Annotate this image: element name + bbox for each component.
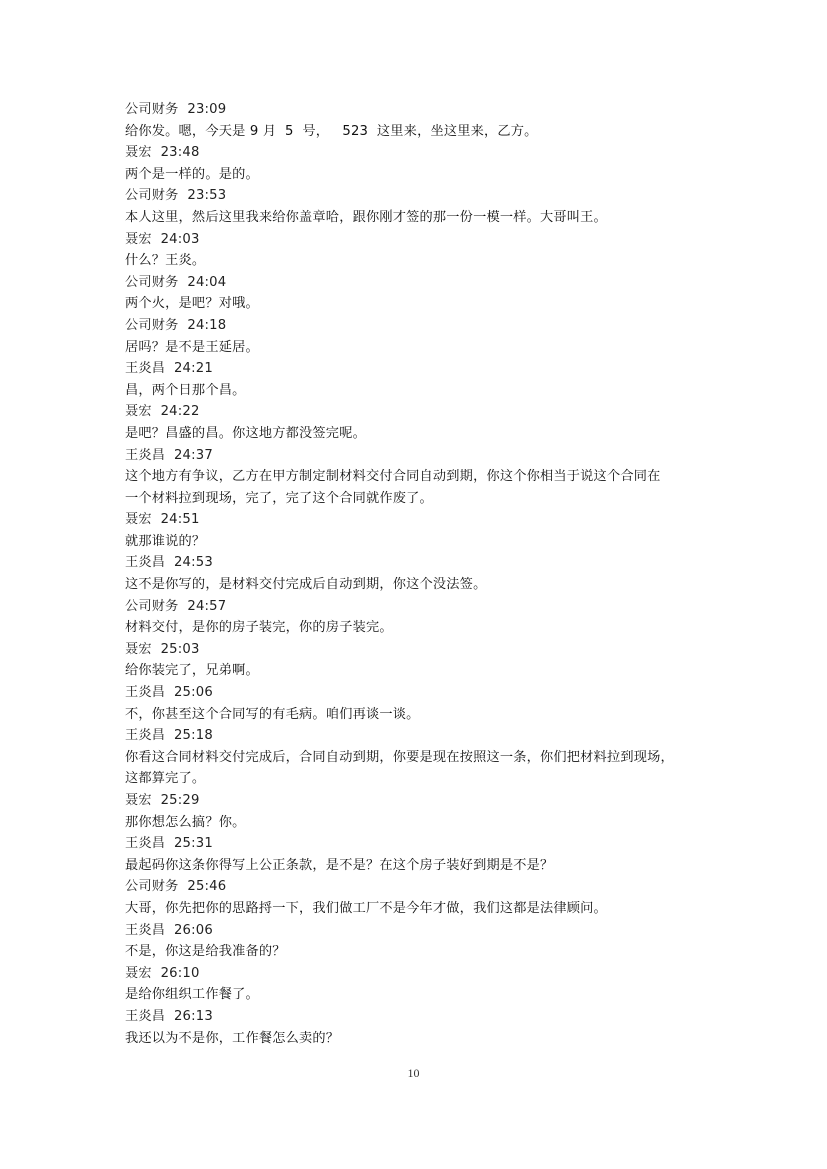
utterance-text: 就那谁说的？ [125, 531, 715, 553]
timestamp: 25:18 [174, 728, 213, 743]
speaker-name: 公司财务 [125, 188, 179, 203]
transcript-entry: 聂宏 23:48两个是一样的。是的。 [125, 142, 715, 185]
transcript-entry: 王炎昌 24:21昌，两个日那个昌。 [125, 358, 715, 401]
utterance-text: 给你装完了，兄弟啊。 [125, 660, 715, 682]
speaker-line: 王炎昌 24:21 [125, 358, 715, 380]
speaker-line: 王炎昌 25:18 [125, 725, 715, 747]
utterance-text: 一个材料拉到现场，完了，完了这个合同就作废了。 [125, 488, 715, 510]
transcript-entry: 王炎昌 24:37这个地方有争议，乙方在甲方制定制材料交付合同自动到期，你这个你… [125, 445, 715, 510]
transcript-entry: 王炎昌 25:18你看这合同材料交付完成后，合同自动到期，你要是现在按照这一条，… [125, 725, 715, 790]
utterance-text: 本人这里，然后这里我来给你盖章哈，跟你刚才签的那一份一模一样。大哥叫王。 [125, 207, 715, 229]
utterance-text: 最起码你这条你得写上公正条款，是不是？在这个房子装好到期是不是？ [125, 855, 715, 877]
utterance-text: 材料交付，是你的房子装完，你的房子装完。 [125, 617, 715, 639]
transcript-entry: 公司财务 25:46大哥，你先把你的思路捋一下，我们做工厂不是今年才做，我们这都… [125, 876, 715, 919]
timestamp: 23:53 [187, 188, 226, 203]
utterance-text: 给你发。嗯，今天是 9 月 5 号， 523 这里来，坐这里来，乙方。 [125, 121, 715, 143]
timestamp: 23:09 [187, 102, 226, 117]
timestamp: 24:37 [174, 448, 213, 463]
utterance-text: 什么？王炎。 [125, 250, 715, 272]
utterance-text: 这个地方有争议，乙方在甲方制定制材料交付合同自动到期，你这个你相当于说这个合同在 [125, 466, 715, 488]
speaker-name: 聂宏 [125, 793, 152, 808]
timestamp: 24:22 [161, 404, 200, 419]
speaker-line: 聂宏 25:29 [125, 790, 715, 812]
speaker-name: 王炎昌 [125, 923, 165, 938]
transcript-entry: 王炎昌 24:53这不是你写的，是材料交付完成后自动到期，你这个没法签。 [125, 552, 715, 595]
utterance-text: 居吗？是不是王延居。 [125, 337, 715, 359]
utterance-text: 不是，你这是给我准备的？ [125, 941, 715, 963]
utterance-text: 昌，两个日那个昌。 [125, 380, 715, 402]
speaker-line: 聂宏 24:03 [125, 229, 715, 251]
speaker-name: 聂宏 [125, 512, 152, 527]
transcript-entry: 聂宏 24:03什么？王炎。 [125, 229, 715, 272]
speaker-name: 公司财务 [125, 102, 179, 117]
timestamp: 24:53 [174, 555, 213, 570]
timestamp: 24:57 [187, 599, 226, 614]
speaker-line: 公司财务 24:18 [125, 315, 715, 337]
speaker-name: 王炎昌 [125, 1009, 165, 1024]
transcript-body: 公司财务 23:09给你发。嗯，今天是 9 月 5 号， 523 这里来，坐这里… [125, 99, 715, 1049]
speaker-name: 聂宏 [125, 966, 152, 981]
speaker-name: 聂宏 [125, 232, 152, 247]
transcript-entry: 聂宏 24:51就那谁说的？ [125, 509, 715, 552]
timestamp: 26:13 [174, 1009, 213, 1024]
timestamp: 24:03 [161, 232, 200, 247]
transcript-entry: 公司财务 24:18居吗？是不是王延居。 [125, 315, 715, 358]
utterance-text: 大哥，你先把你的思路捋一下，我们做工厂不是今年才做，我们这都是法律顾问。 [125, 898, 715, 920]
utterance-text: 两个火，是吧？对哦。 [125, 293, 715, 315]
utterance-text: 我还以为不是你，工作餐怎么卖的？ [125, 1028, 715, 1050]
speaker-name: 公司财务 [125, 318, 179, 333]
speaker-line: 王炎昌 25:31 [125, 833, 715, 855]
speaker-name: 公司财务 [125, 879, 179, 894]
speaker-line: 王炎昌 26:06 [125, 920, 715, 942]
speaker-name: 王炎昌 [125, 836, 165, 851]
timestamp: 26:06 [174, 923, 213, 938]
utterance-text: 是给你组织工作餐了。 [125, 984, 715, 1006]
speaker-line: 公司财务 24:04 [125, 272, 715, 294]
speaker-name: 聂宏 [125, 404, 152, 419]
speaker-line: 王炎昌 25:06 [125, 682, 715, 704]
speaker-line: 公司财务 23:09 [125, 99, 715, 121]
speaker-line: 聂宏 23:48 [125, 142, 715, 164]
transcript-entry: 王炎昌 26:13我还以为不是你，工作餐怎么卖的？ [125, 1006, 715, 1049]
utterance-text: 是吧？昌盛的昌。你这地方都没签完呢。 [125, 423, 715, 445]
utterance-text: 你看这合同材料交付完成后，合同自动到期，你要是现在按照这一条，你们把材料拉到现场… [125, 747, 715, 769]
transcript-entry: 公司财务 24:57材料交付，是你的房子装完，你的房子装完。 [125, 596, 715, 639]
transcript-entry: 聂宏 25:03给你装完了，兄弟啊。 [125, 639, 715, 682]
speaker-line: 聂宏 26:10 [125, 963, 715, 985]
transcript-entry: 公司财务 24:04两个火，是吧？对哦。 [125, 272, 715, 315]
timestamp: 24:21 [174, 361, 213, 376]
transcript-entry: 王炎昌 26:06不是，你这是给我准备的？ [125, 920, 715, 963]
utterance-text: 两个是一样的。是的。 [125, 164, 715, 186]
speaker-name: 聂宏 [125, 642, 152, 657]
transcript-entry: 聂宏 26:10是给你组织工作餐了。 [125, 963, 715, 1006]
utterance-text: 这都算完了。 [125, 768, 715, 790]
speaker-line: 王炎昌 24:53 [125, 552, 715, 574]
speaker-name: 聂宏 [125, 145, 152, 160]
speaker-line: 公司财务 25:46 [125, 876, 715, 898]
speaker-name: 王炎昌 [125, 685, 165, 700]
speaker-line: 公司财务 24:57 [125, 596, 715, 618]
utterance-text: 不，你甚至这个合同写的有毛病。咱们再谈一谈。 [125, 704, 715, 726]
utterance-text: 那你想怎么搞？你。 [125, 812, 715, 834]
speaker-line: 聂宏 24:51 [125, 509, 715, 531]
timestamp: 25:03 [161, 642, 200, 657]
transcript-entry: 公司财务 23:09给你发。嗯，今天是 9 月 5 号， 523 这里来，坐这里… [125, 99, 715, 142]
transcript-entry: 王炎昌 25:31最起码你这条你得写上公正条款，是不是？在这个房子装好到期是不是… [125, 833, 715, 876]
timestamp: 25:31 [174, 836, 213, 851]
timestamp: 24:04 [187, 275, 226, 290]
timestamp: 26:10 [161, 966, 200, 981]
transcript-entry: 王炎昌 25:06不，你甚至这个合同写的有毛病。咱们再谈一谈。 [125, 682, 715, 725]
speaker-name: 王炎昌 [125, 448, 165, 463]
speaker-name: 公司财务 [125, 599, 179, 614]
speaker-line: 聂宏 24:22 [125, 401, 715, 423]
speaker-line: 公司财务 23:53 [125, 185, 715, 207]
timestamp: 24:18 [187, 318, 226, 333]
speaker-name: 公司财务 [125, 275, 179, 290]
speaker-name: 王炎昌 [125, 361, 165, 376]
transcript-entry: 聂宏 25:29那你想怎么搞？你。 [125, 790, 715, 833]
speaker-name: 王炎昌 [125, 555, 165, 570]
page-number: 10 [0, 1066, 827, 1081]
speaker-line: 聂宏 25:03 [125, 639, 715, 661]
transcript-entry: 聂宏 24:22是吧？昌盛的昌。你这地方都没签完呢。 [125, 401, 715, 444]
transcript-entry: 公司财务 23:53本人这里，然后这里我来给你盖章哈，跟你刚才签的那一份一模一样… [125, 185, 715, 228]
speaker-line: 王炎昌 26:13 [125, 1006, 715, 1028]
timestamp: 25:06 [174, 685, 213, 700]
speaker-line: 王炎昌 24:37 [125, 445, 715, 467]
utterance-text: 这不是你写的，是材料交付完成后自动到期，你这个没法签。 [125, 574, 715, 596]
speaker-name: 王炎昌 [125, 728, 165, 743]
timestamp: 25:46 [187, 879, 226, 894]
timestamp: 23:48 [161, 145, 200, 160]
timestamp: 24:51 [161, 512, 200, 527]
timestamp: 25:29 [161, 793, 200, 808]
